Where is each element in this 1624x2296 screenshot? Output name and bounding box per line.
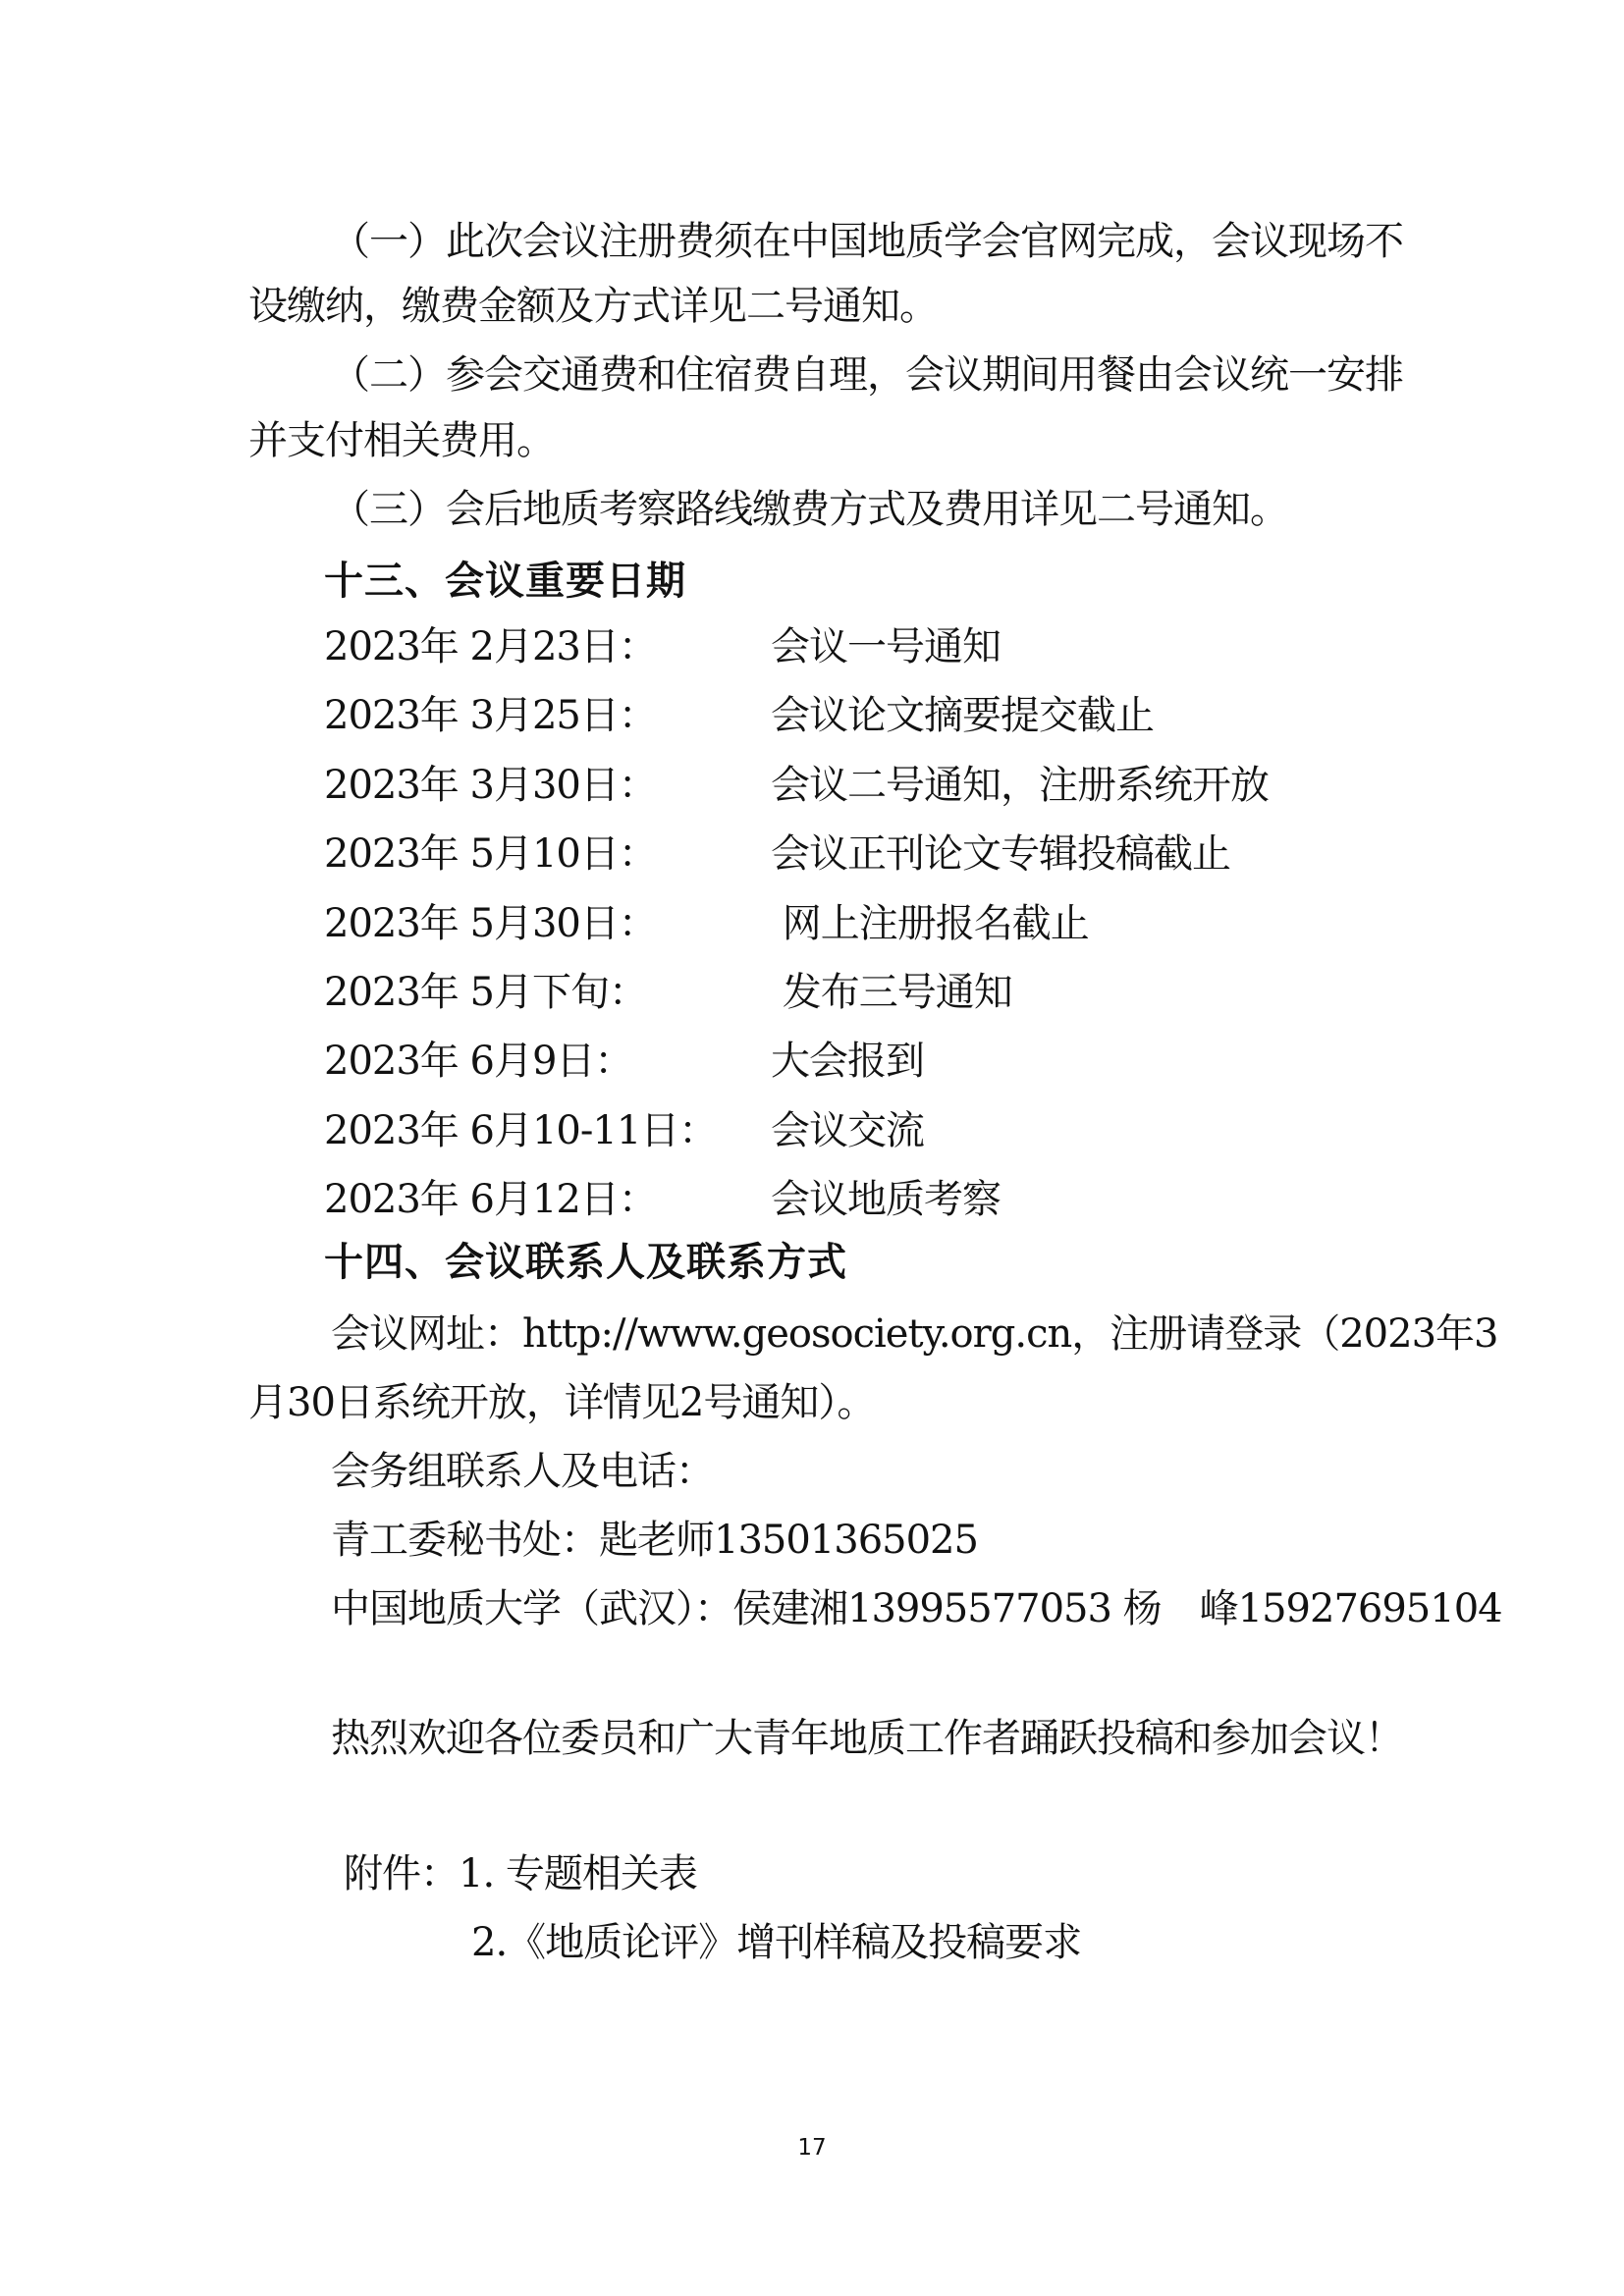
document-page: （一）此次会议注册费须在中国地质学会官网完成，会议现场不 设缴纳，缴费金额及方式… bbox=[0, 0, 1624, 2296]
website-line-1: 会议网址：http://www.geosociety.org.cn，注册请登录（… bbox=[331, 1312, 1497, 1356]
schedule-event: 发布三号通知 bbox=[771, 971, 1012, 1014]
schedule-event: 会议地质考察 bbox=[771, 1178, 1001, 1221]
schedule-date: 2023年 5月下旬： bbox=[324, 971, 647, 1014]
schedule-date: 2023年 3月30日： bbox=[324, 764, 657, 807]
schedule-date: 2023年 5月10日： bbox=[324, 832, 657, 876]
university-contact: 中国地质大学（武汉）：侯建湘13995577053 杨 峰15927695104 bbox=[331, 1587, 1502, 1630]
section-13-heading: 十三、会议重要日期 bbox=[324, 560, 686, 603]
fee-note-3: （三）会后地质考察路线缴费方式及费用详见二号通知。 bbox=[331, 488, 1288, 531]
attachment-2: 2.《地质论评》增刊样稿及投稿要求 bbox=[471, 1921, 1081, 1964]
schedule-date: 2023年 6月10-11日： bbox=[324, 1109, 717, 1152]
website-label: 会议网址： bbox=[331, 1311, 522, 1357]
website-note: ，注册请登录（2023年3 bbox=[1071, 1311, 1497, 1357]
schedule-event: 会议一号通知 bbox=[771, 625, 1001, 668]
fee-note-2-line-1: （二）参会交通费和住宿费自理，会议期间用餐由会议统一安排 bbox=[331, 353, 1403, 397]
secretariat-contact: 青工委秘书处：匙老师13501365025 bbox=[331, 1519, 978, 1562]
conference-website-url: http://www.geosociety.org.cn bbox=[522, 1311, 1071, 1357]
schedule-event: 网上注册报名截止 bbox=[771, 902, 1089, 945]
schedule-event: 会议正刊论文专辑投稿截止 bbox=[771, 832, 1230, 876]
schedule-event: 会议二号通知，注册系统开放 bbox=[771, 764, 1269, 807]
schedule-event: 会议交流 bbox=[771, 1109, 924, 1152]
schedule-event: 大会报到 bbox=[771, 1040, 924, 1083]
attachment-1: 附件：1. 专题相关表 bbox=[344, 1852, 697, 1896]
schedule-date: 2023年 3月25日： bbox=[324, 694, 657, 737]
contact-group-line: 会务组联系人及电话： bbox=[331, 1450, 714, 1493]
fee-note-1-line-1: （一）此次会议注册费须在中国地质学会官网完成，会议现场不 bbox=[331, 220, 1403, 263]
schedule-date: 2023年 2月23日： bbox=[324, 625, 657, 668]
fee-note-1-line-2: 设缴纳，缴费金额及方式详见二号通知。 bbox=[248, 285, 938, 328]
schedule-date: 2023年 6月9日： bbox=[324, 1040, 632, 1083]
website-line-2: 月30日系统开放，详情见2号通知）。 bbox=[248, 1381, 875, 1424]
schedule-date: 2023年 6月12日： bbox=[324, 1178, 657, 1221]
schedule-date: 2023年 5月30日： bbox=[324, 902, 657, 945]
fee-note-2-line-2: 并支付相关费用。 bbox=[248, 419, 555, 462]
schedule-event: 会议论文摘要提交截止 bbox=[771, 694, 1154, 737]
page-number: 17 bbox=[0, 2137, 1624, 2160]
section-14-heading: 十四、会议联系人及联系方式 bbox=[324, 1241, 847, 1284]
closing-welcome: 热烈欢迎各位委员和广大青年地质工作者踊跃投稿和参加会议！ bbox=[331, 1717, 1403, 1760]
